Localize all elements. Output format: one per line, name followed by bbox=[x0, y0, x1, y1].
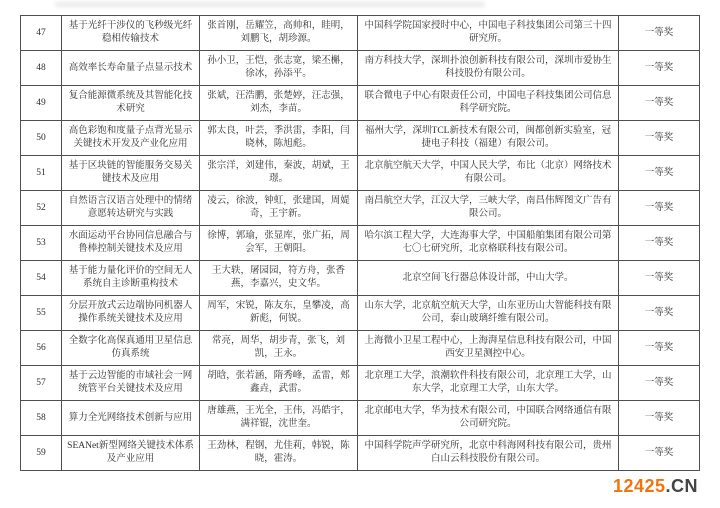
cell-organizations: 北京空间飞行器总体设计部，中山大学。 bbox=[358, 261, 619, 296]
cell-contributor-names: 胡晗，张若涵，隋秀峰，孟雷，郏鑫垚，武雷。 bbox=[200, 366, 358, 401]
awards-table-body: 47 基于光纤干涉仪的飞秒级光纤稳相传输技术 张首刚，岳耀笠，高帅和，眭明，刘鹏… bbox=[21, 16, 700, 471]
cell-project-title: 基于区块链的智能服务交易关键技术及应用 bbox=[62, 156, 200, 191]
cell-project-title: 高色彩饱和度量子点背光显示关键技术开发及产业化应用 bbox=[62, 121, 200, 156]
cell-project-title: 复合能源微系统及其智能化技术研究 bbox=[62, 86, 200, 121]
cell-contributor-names: 张斌，汪浩鹏，张楚婷，汪志强，刘杰，李苗。 bbox=[200, 86, 358, 121]
table-row: 54 基于能力量化评价的空间无人系统自主诊断重构技术 王大轶，屠园园，符方舟，张… bbox=[21, 261, 700, 296]
cell-row-number: 55 bbox=[21, 296, 62, 331]
cell-row-number: 52 bbox=[21, 191, 62, 226]
cell-organizations: 北京理工大学，浪潮软件科技有限公司，北京理工大学，山东大学，北京理工大学，山东大… bbox=[358, 366, 619, 401]
cell-project-title: 全数字化高保真通用卫星信息仿真系统 bbox=[62, 331, 200, 366]
cell-organizations: 中国科学院国家授时中心，中国电子科技集团公司第三十四研究所。 bbox=[358, 16, 619, 51]
table-row: 48 高效率长寿命量子点显示技术 孙小卫，王恺，张志宽，梁丕槲，徐冰，孙添平。 … bbox=[21, 51, 700, 86]
cell-contributor-names: 凌云，徐波，钟虹，张建国，周媞奇，王宇新。 bbox=[200, 191, 358, 226]
watermark-number: 12425 bbox=[613, 476, 666, 496]
cell-contributor-names: 张首刚，岳耀笠，高帅和，眭明，刘鹏飞，胡珍源。 bbox=[200, 16, 358, 51]
table-row: 50 高色彩饱和度量子点背光显示关键技术开发及产业化应用 郭太良，叶芸，季洪雷，… bbox=[21, 121, 700, 156]
table-row: 57 基于云边智能的市域社会一网统管平台关键技术及应用 胡晗，张若涵，隋秀峰，孟… bbox=[21, 366, 700, 401]
cell-row-number: 47 bbox=[21, 16, 62, 51]
scan-artifact-top bbox=[55, 2, 485, 7]
cell-row-number: 57 bbox=[21, 366, 62, 401]
cell-project-title: 基于云边智能的市域社会一网统管平台关键技术及应用 bbox=[62, 366, 200, 401]
cell-award-level: 一等奖 bbox=[619, 366, 700, 401]
cell-award-level: 一等奖 bbox=[619, 226, 700, 261]
cell-project-title: SEANet新型网络关键技术体系及产业应用 bbox=[62, 436, 200, 471]
cell-award-level: 一等奖 bbox=[619, 86, 700, 121]
cell-organizations: 哈尔滨工程大学，大连海事大学，中国船舶集团有限公司第七〇七研究所，北京格联科技有… bbox=[358, 226, 619, 261]
table-row: 56 全数字化高保真通用卫星信息仿真系统 常亮，周华，胡步青，张飞，刘凯，王永。… bbox=[21, 331, 700, 366]
cell-row-number: 50 bbox=[21, 121, 62, 156]
cell-project-title: 自然语言汉语言处理中的情绪意愿转达研究与实践 bbox=[62, 191, 200, 226]
cell-row-number: 59 bbox=[21, 436, 62, 471]
table-row: 52 自然语言汉语言处理中的情绪意愿转达研究与实践 凌云，徐波，钟虹，张建国，周… bbox=[21, 191, 700, 226]
table-row: 55 分层开放式云边端协同机器人操作系统关键技术及应用 周军，宋锐，陈友东，皇攀… bbox=[21, 296, 700, 331]
cell-row-number: 48 bbox=[21, 51, 62, 86]
cell-project-title: 基于能力量化评价的空间无人系统自主诊断重构技术 bbox=[62, 261, 200, 296]
cell-contributor-names: 徐博，郭瑜，张显库，张广拓，周会军，王朝阳。 bbox=[200, 226, 358, 261]
cell-award-level: 一等奖 bbox=[619, 121, 700, 156]
cell-project-title: 基于光纤干涉仪的飞秒级光纤稳相传输技术 bbox=[62, 16, 200, 51]
cell-row-number: 58 bbox=[21, 401, 62, 436]
cell-organizations: 山东大学，北京航空航天大学，山东亚历山大智能科技有限公司，泰山玻璃纤维有限公司。 bbox=[358, 296, 619, 331]
cell-row-number: 56 bbox=[21, 331, 62, 366]
cell-organizations: 上海微小卫星工程中心，上海湃星信息科技有限公司，中国西安卫星测控中心。 bbox=[358, 331, 619, 366]
cell-organizations: 中国科学院声学研究所，北京中科海网科技有限公司，贵州白山云科技股份有限公司。 bbox=[358, 436, 619, 471]
cell-award-level: 一等奖 bbox=[619, 436, 700, 471]
cell-project-title: 水面运动平台协同信息融合与鲁棒控制关键技术及应用 bbox=[62, 226, 200, 261]
cell-row-number: 49 bbox=[21, 86, 62, 121]
table-row: 51 基于区块链的智能服务交易关键技术及应用 张宗洋，刘建伟，秦波，胡斌，王璟。… bbox=[21, 156, 700, 191]
cell-row-number: 51 bbox=[21, 156, 62, 191]
cell-award-level: 一等奖 bbox=[619, 296, 700, 331]
cell-organizations: 福州大学，深圳TCL新技术有限公司，闽都创新实验室，冠捷电子科技（福建）有限公司… bbox=[358, 121, 619, 156]
cell-organizations: 南方科技大学，深圳扑浪创新科技有限公司，深圳市爱协生科技股份有限公司。 bbox=[358, 51, 619, 86]
cell-organizations: 南昌航空大学，江汉大学，三峡大学，南昌伟辉图文广告有限公司。 bbox=[358, 191, 619, 226]
table-row: 47 基于光纤干涉仪的飞秒级光纤稳相传输技术 张首刚，岳耀笠，高帅和，眭明，刘鹏… bbox=[21, 16, 700, 51]
cell-row-number: 53 bbox=[21, 226, 62, 261]
cell-award-level: 一等奖 bbox=[619, 16, 700, 51]
cell-organizations: 北京航空航天大学，中国人民大学，布比（北京）网络技术有限公司。 bbox=[358, 156, 619, 191]
table-row: 58 算力全光网络技术创新与应用 唐雄燕，王光全，王伟，冯皓宇，满祥锟，沈世奎。… bbox=[21, 401, 700, 436]
awards-table: 47 基于光纤干涉仪的飞秒级光纤稳相传输技术 张首刚，岳耀笠，高帅和，眭明，刘鹏… bbox=[20, 15, 700, 471]
cell-project-title: 算力全光网络技术创新与应用 bbox=[62, 401, 200, 436]
cell-organizations: 北京邮电大学，华为技术有限公司，中国联合网络通信有限公司研究院。 bbox=[358, 401, 619, 436]
cell-award-level: 一等奖 bbox=[619, 261, 700, 296]
cell-contributor-names: 唐雄燕，王光全，王伟，冯皓宇，满祥锟，沈世奎。 bbox=[200, 401, 358, 436]
cell-row-number: 54 bbox=[21, 261, 62, 296]
cell-award-level: 一等奖 bbox=[619, 331, 700, 366]
scanned-award-document-page: { "watermark": { "prefix": "12425", "suf… bbox=[0, 0, 720, 508]
cell-project-title: 高效率长寿命量子点显示技术 bbox=[62, 51, 200, 86]
site-watermark: 12425.CN bbox=[613, 476, 698, 497]
cell-contributor-names: 孙小卫，王恺，张志宽，梁丕槲，徐冰，孙添平。 bbox=[200, 51, 358, 86]
cell-contributor-names: 郭太良，叶芸，季洪雷，李阳，闫晓林，陈旭彪。 bbox=[200, 121, 358, 156]
cell-organizations: 联合微电子中心有限责任公司，中国电子科技集团公司信息科学研究院。 bbox=[358, 86, 619, 121]
cell-award-level: 一等奖 bbox=[619, 51, 700, 86]
table-row: 59 SEANet新型网络关键技术体系及产业应用 王劲林，程钢，尤佳莉，韩锐，陈… bbox=[21, 436, 700, 471]
table-row: 53 水面运动平台协同信息融合与鲁棒控制关键技术及应用 徐博，郭瑜，张显库，张广… bbox=[21, 226, 700, 261]
cell-contributor-names: 周军，宋锐，陈友东，皇攀凌，高新彪，何锐。 bbox=[200, 296, 358, 331]
cell-project-title: 分层开放式云边端协同机器人操作系统关键技术及应用 bbox=[62, 296, 200, 331]
cell-contributor-names: 张宗洋，刘建伟，秦波，胡斌，王璟。 bbox=[200, 156, 358, 191]
watermark-domain-suffix: .CN bbox=[666, 476, 699, 496]
table-row: 49 复合能源微系统及其智能化技术研究 张斌，汪浩鹏，张楚婷，汪志强，刘杰，李苗… bbox=[21, 86, 700, 121]
cell-award-level: 一等奖 bbox=[619, 156, 700, 191]
cell-award-level: 一等奖 bbox=[619, 401, 700, 436]
cell-contributor-names: 王大轶，屠园园，符方舟，张香燕，李嘉兴，史文华。 bbox=[200, 261, 358, 296]
cell-contributor-names: 王劲林，程钢，尤佳莉，韩锐，陈晓，霍涛。 bbox=[200, 436, 358, 471]
cell-award-level: 一等奖 bbox=[619, 191, 700, 226]
cell-contributor-names: 常亮，周华，胡步青，张飞，刘凯，王永。 bbox=[200, 331, 358, 366]
